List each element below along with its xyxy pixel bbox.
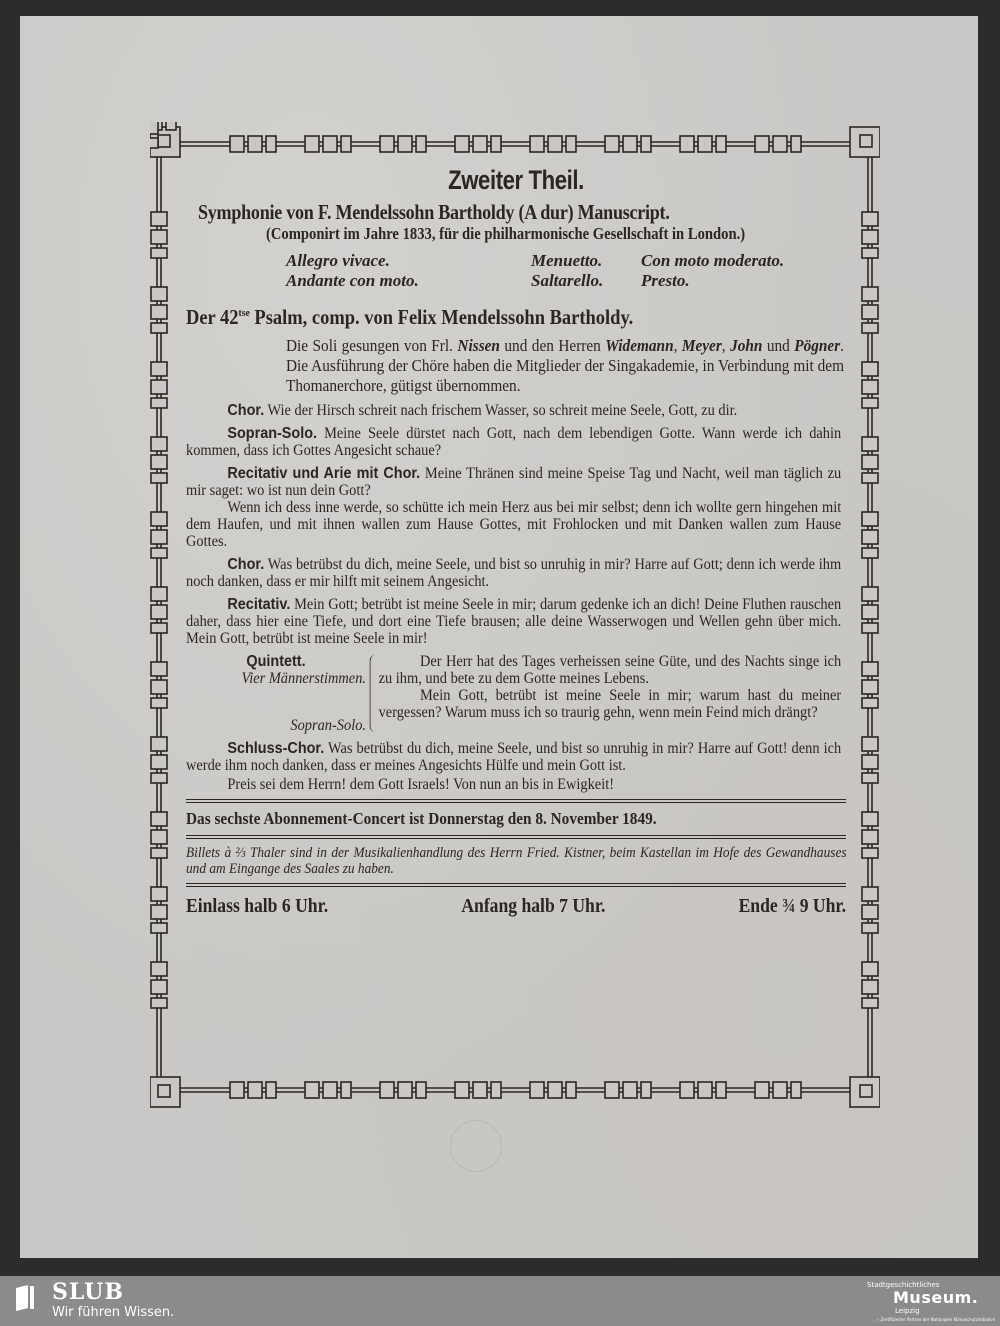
quintett-labels: Quintett. Vier Männerstimmen. Sopran-Sol… — [186, 653, 366, 734]
section-label: Sopran-Solo. — [227, 425, 317, 442]
section-label: Schluss-Chor. — [227, 740, 324, 757]
singer-name: Pögner — [794, 336, 840, 355]
section-chor-2: Chor. Was betrübst du dich, meine Seele,… — [186, 556, 841, 590]
symphony-heading: Symphonie von F. Mendelssohn Bartholdy (… — [198, 200, 755, 225]
psalm-heading: Der 42tse Psalm, comp. von Felix Mendels… — [186, 305, 767, 330]
psalm-heading-post: Psalm, comp. von Felix Mendelssohn Barth… — [250, 305, 633, 329]
section-label: Recitativ. — [227, 596, 290, 613]
section-recitativ: Recitativ. Mein Gott; betrübt ist meine … — [186, 596, 841, 647]
movement-item: Con moto moderato. — [641, 251, 841, 271]
singer-name: Meyer — [682, 336, 722, 355]
slub-book-icon — [14, 1284, 36, 1312]
section-arie-continued: Wenn ich dess inne werde, so schütte ich… — [186, 499, 841, 550]
movement-item: Menuetto. — [531, 251, 641, 271]
movement-item: Presto. — [641, 271, 841, 291]
movement-item: Andante con moto. — [286, 271, 531, 291]
section-label: Chor. — [227, 556, 264, 573]
museum-city: Leipzig — [895, 1307, 920, 1315]
library-stamp — [450, 1120, 502, 1172]
slub-logo[interactable]: SLUB — [52, 1279, 124, 1305]
section-text: Wenn ich dess inne werde, so schütte ich… — [186, 499, 841, 550]
soli-text: und den Herren — [500, 336, 605, 355]
section-chor: Chor. Wie der Hirsch schreit nach frisch… — [186, 402, 841, 419]
quintett-texts: Der Herr hat des Tages verheissen seine … — [379, 653, 842, 734]
section-recitativ-arie: Recitativ und Arie mit Chor. Meine Thrän… — [186, 465, 841, 499]
solo-text: Mein Gott, betrübt ist meine Seele in mi… — [379, 687, 842, 721]
section-final-line: Preis sei dem Herrn! dem Gott Israels! V… — [186, 776, 841, 793]
time-einlass: Einlass halb 6 Uhr. — [186, 895, 328, 918]
section-label: Quintett. — [186, 653, 366, 670]
singer-name: Widemann — [605, 336, 673, 355]
section-text: Was betrübst du dich, meine Seele, und b… — [186, 556, 841, 590]
next-concert-notice: Das sechste Abonnement-Concert ist Donne… — [186, 809, 780, 829]
page-title: Zweiter Theil. — [245, 165, 786, 196]
footer-bar: SLUB Wir führen Wissen. Stadtgeschichtli… — [0, 1276, 1000, 1326]
time-ende: Ende ¾ 9 Uhr. — [739, 895, 846, 918]
divider — [186, 835, 846, 839]
symphony-note: (Componirt im Jahre 1833, für die philha… — [266, 225, 868, 243]
movement-item: Saltarello. — [531, 271, 641, 291]
movement-item: Allegro vivace. — [286, 251, 531, 271]
section-schluss-chor: Schluss-Chor. Was betrübst du dich, mein… — [186, 740, 841, 774]
divider — [186, 883, 846, 887]
section-label: Chor. — [227, 402, 264, 419]
soli-paragraph: Die Soli gesungen von Frl. Nissen und de… — [286, 336, 844, 396]
section-text: Wie der Hirsch schreit nach frischem Was… — [264, 402, 737, 419]
section-text: Preis sei dem Herrn! dem Gott Israels! V… — [227, 776, 614, 793]
program-content: Zweiter Theil. Symphonie von F. Mendelss… — [186, 165, 846, 918]
section-label: Recitativ und Arie mit Chor. — [227, 465, 420, 482]
movement-list: Allegro vivace. Menuetto. Con moto moder… — [286, 251, 846, 291]
voices-text: Der Herr hat des Tages verheissen seine … — [379, 653, 842, 687]
solo-label: Sopran-Solo. — [290, 717, 366, 734]
time-anfang: Anfang halb 7 Uhr. — [461, 895, 605, 918]
psalm-heading-pre: Der 42 — [186, 305, 239, 329]
divider — [186, 799, 846, 803]
soli-text: , — [674, 336, 682, 355]
section-quintett: Quintett. Vier Männerstimmen. Sopran-Sol… — [186, 653, 841, 734]
schedule-times: Einlass halb 6 Uhr. Anfang halb 7 Uhr. E… — [186, 895, 846, 918]
soli-text: und — [762, 336, 794, 355]
voices-label: Vier Männerstimmen. — [241, 670, 366, 687]
section-sopran-solo: Sopran-Solo. Meine Seele dürstet nach Go… — [186, 425, 841, 459]
singer-name: Nissen — [457, 336, 500, 355]
soli-text: Die Soli gesungen von Frl. — [286, 336, 457, 355]
brace-icon — [370, 655, 375, 732]
museum-certification: ✓ Zertifizierter Partner der Nationalen … — [876, 1317, 995, 1322]
singer-name: John — [730, 336, 762, 355]
psalm-heading-sup: tse — [239, 307, 250, 319]
museum-logo[interactable]: Museum. — [893, 1288, 978, 1307]
ticket-info: Billets à ⅔ Thaler sind in der Musikalie… — [186, 845, 847, 877]
slub-tagline: Wir führen Wissen. — [52, 1305, 174, 1320]
